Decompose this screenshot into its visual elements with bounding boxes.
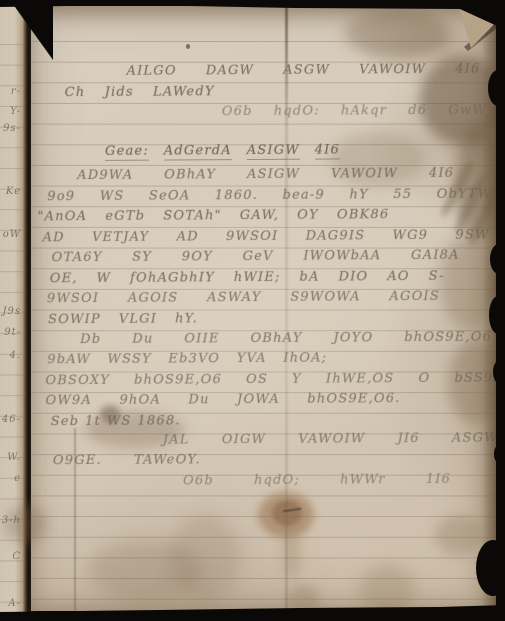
paragraph-2-line: OW9A 9hOA Du JOWA bhOS9E,O6. [46,391,401,409]
heading-line: Geae: AdGerdA ASIGW 4I6 [105,142,340,159]
paragraph-1-line: OTA6Y SY 9OY GeV IWOWbAA GAI8A [52,248,460,266]
paragraph-2-line: 9bAW WSSY Eb3VO YVA IhOA; [47,351,327,369]
closing-line: O6b hqdO; hWWr 1I6 [183,472,451,490]
paragraph-2-line: Db Du OIIE OBhAY JOYO bhOS9E,O6 [80,330,492,349]
paragraph-1-line: AD9WA OBhAY ASIGW VAWOIW 4I6 [77,166,454,184]
title-line: O6b hqdO: hAkqr d6 GwW [222,103,487,121]
date-line: Seb 1t WS 1868. [51,413,181,430]
paragraph-1-line: SOWIP VLGI hY. [48,311,198,328]
edge-tear [476,540,505,596]
paragraph-1-line: 9o9 WS SeOA 1860. bea-9 hY 55 ObYTW [47,187,492,206]
edge-tear [494,444,505,464]
title-line: Ch Jids LAWedY [65,84,215,101]
paragraph-2-line: OBSOXY bhOS9E,O6 OS Y IhWE,OS O bSS9 [45,371,493,390]
edge-tear [490,244,505,274]
paragraph-1-line: "AnOA eGTb SOTAh" GAW, OY OBK86 [37,207,389,225]
paragraph-1-line: OE, W fOhAGbhIY hWIE; bA DIO AO S- [50,269,445,287]
edge-tear [489,296,505,334]
paragraph-1-line: 9WSOI AGOIS ASWAY S9WOWA AGOIS [47,289,440,307]
paragraph-1-line: AD VETJAY AD 9WSOI DAG9IS WG9 9SW [43,228,490,247]
edge-tear [488,70,505,106]
closing-line: JAL OIGW VAWOIW JI6 ASGW [163,430,499,448]
closing-line: O9GE. TAWeOY. [53,452,201,469]
handwriting-layer: AILGO DAGW ASGW VAWOIW 4I6Ch Jids LAWedY… [0,0,505,621]
title-line: AILGO DAGW ASGW VAWOIW 4I6 [126,62,480,80]
edge-tear [493,360,505,384]
scanned-manuscript-photo: r-Y-9s-KeoWJ9s9t-4.46-W.e3-hCA- AILGO DA… [0,0,505,621]
